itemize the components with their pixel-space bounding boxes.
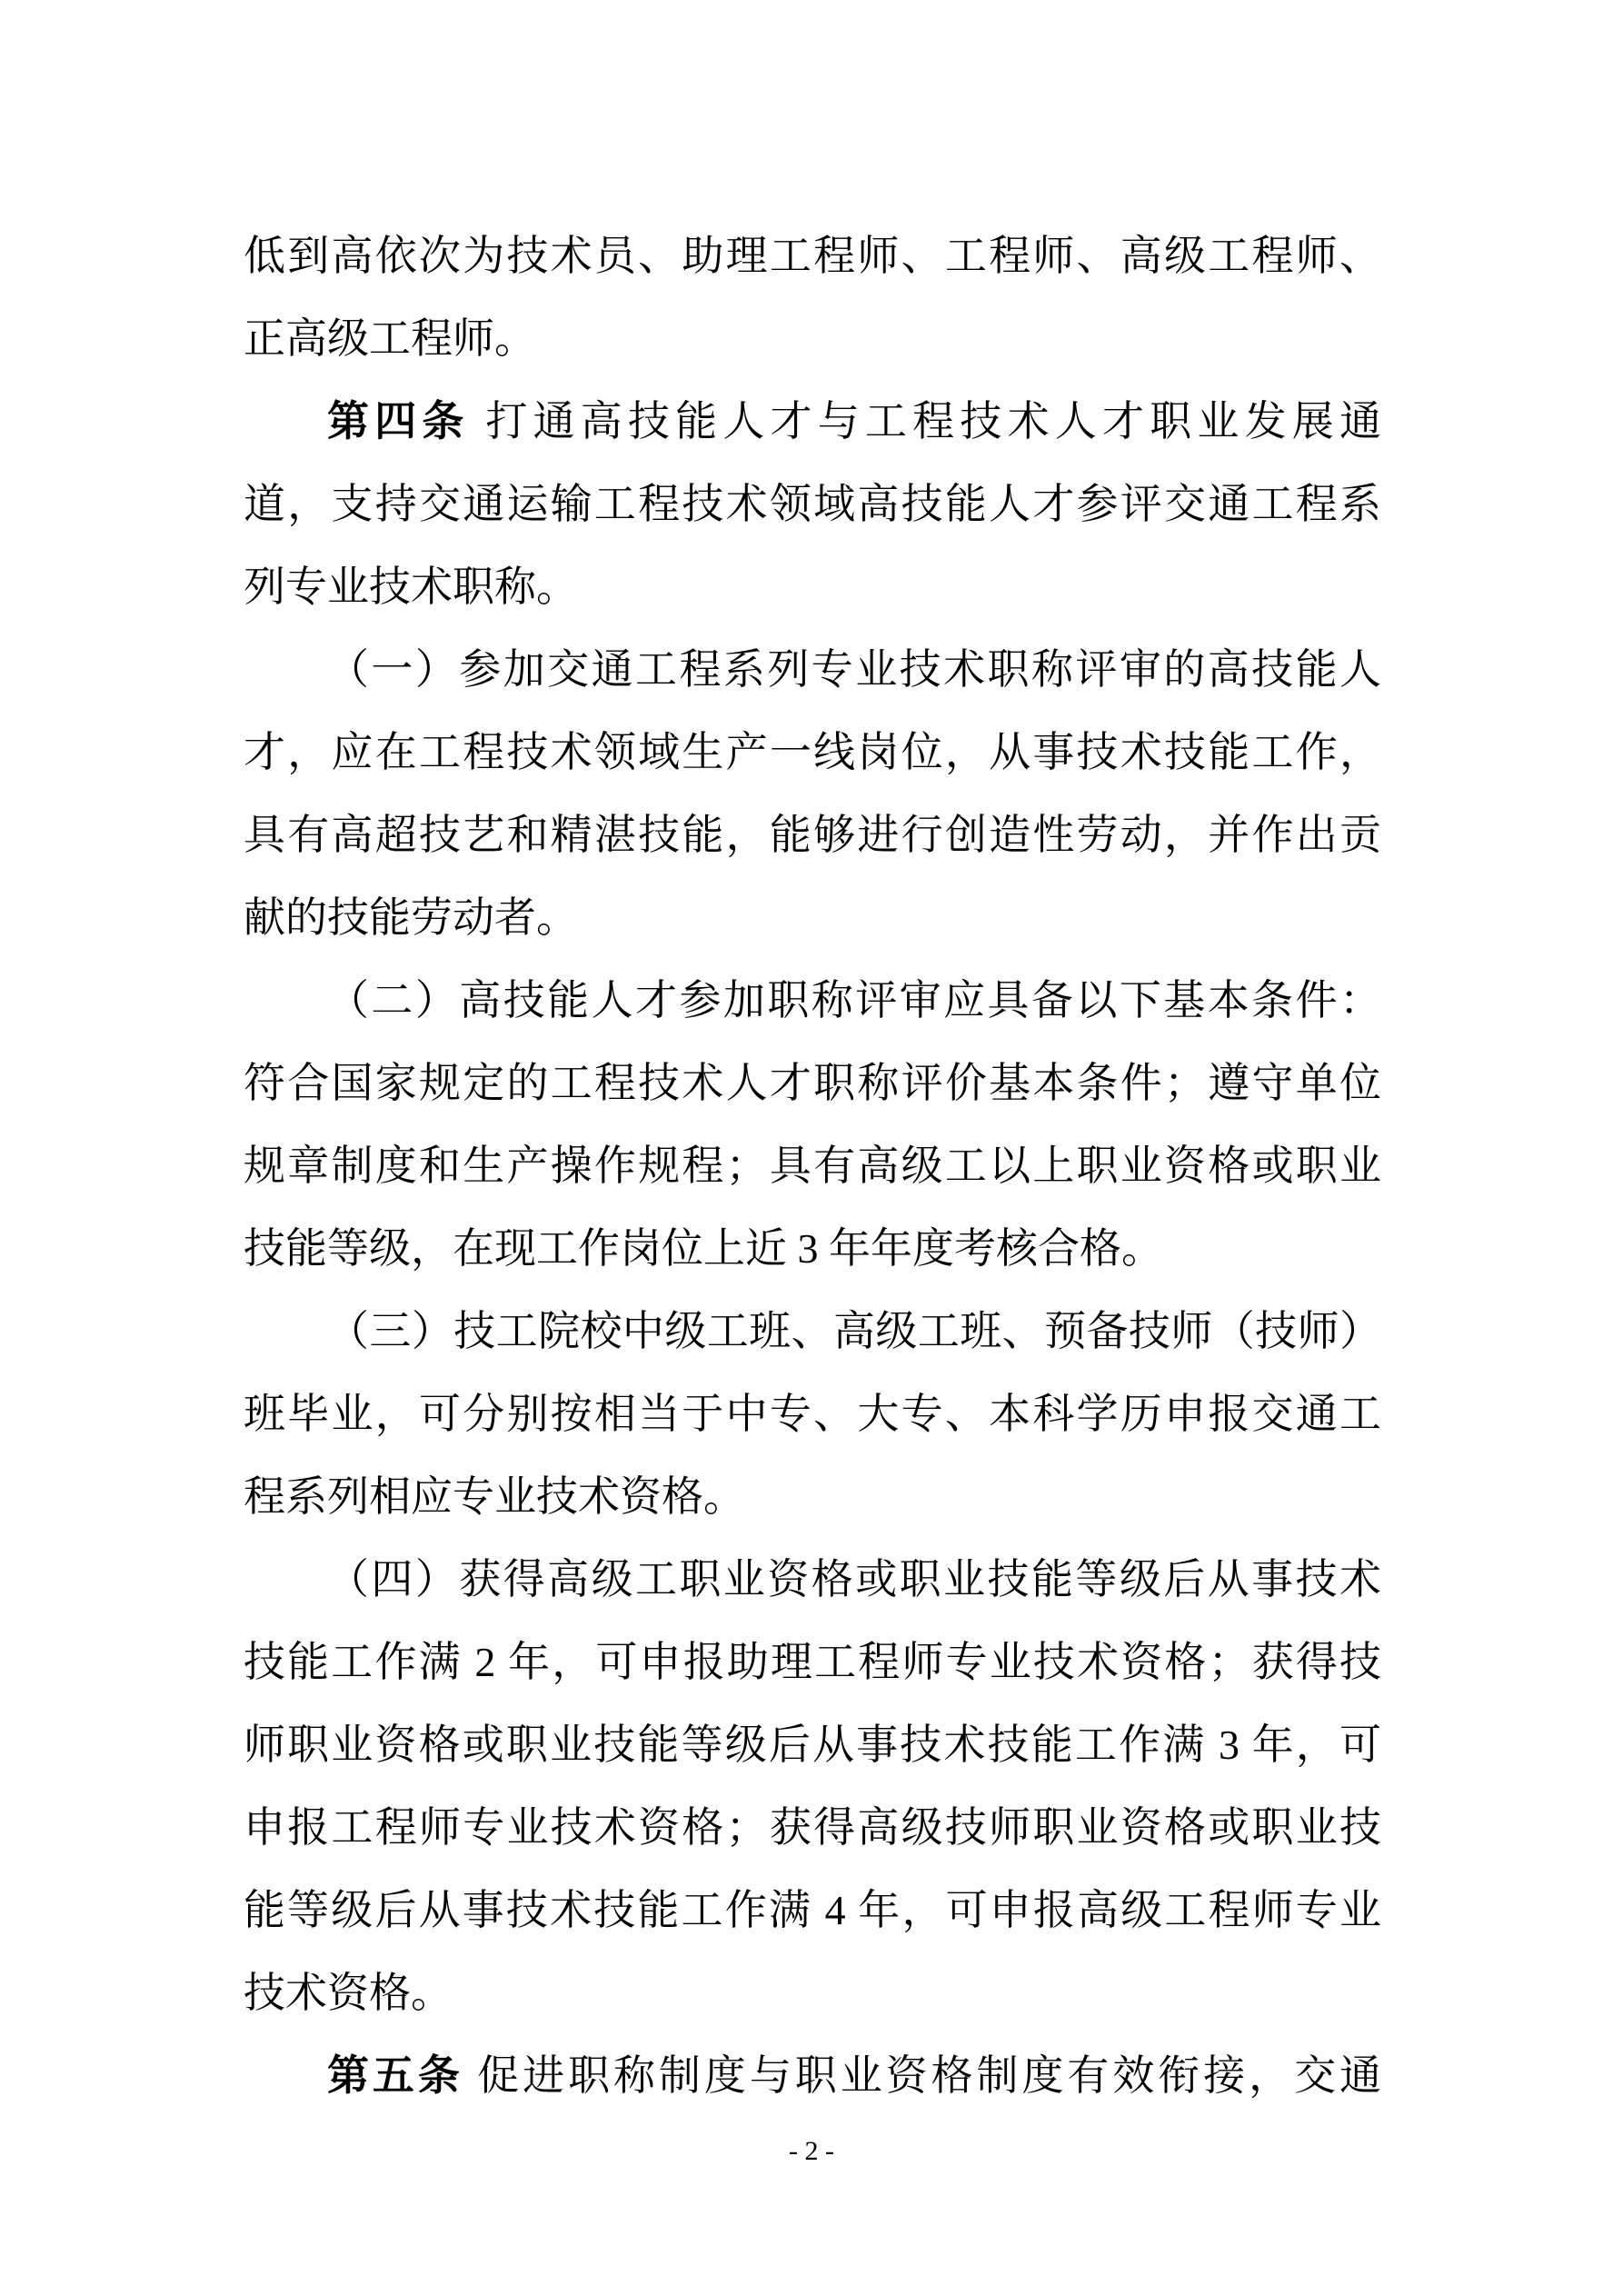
- text-line: （一）参加交通工程系列专业技术职称评审的高技能人: [244, 628, 1381, 711]
- text-line: （四）获得高级工职业资格或职业技能等级后从事技术: [244, 1538, 1381, 1621]
- text-line: 献的技能劳动者。: [244, 876, 1381, 959]
- text-line: 技术资格。: [244, 1952, 1381, 2034]
- text-line: （二）高技能人才参加职称评审应具备以下基本条件：: [244, 959, 1381, 1042]
- document-body: 低到高依次为技术员、助理工程师、工程师、高级工程师、正高级工程师。第四条 打通高…: [244, 215, 1381, 2117]
- text-line: 正高级工程师。: [244, 297, 1381, 380]
- text-segment: 师职业资格或职业技能等级后从事技术技能工作满 3 年，可: [244, 1722, 1381, 1768]
- text-segment: 具有高超技艺和精湛技能，能够进行创造性劳动，并作出贡: [244, 812, 1381, 858]
- text-line: 程系列相应专业技术资格。: [244, 1455, 1381, 1538]
- text-line: 第五条 促进职称制度与职业资格制度有效衔接，交通: [244, 2034, 1381, 2117]
- text-line: 申报工程师专业技术资格；获得高级技师职业资格或职业技: [244, 1786, 1381, 1869]
- text-segment: 低到高依次为技术员、助理工程师、工程师、高级工程师、: [244, 233, 1381, 279]
- text-line: 师职业资格或职业技能等级后从事技术技能工作满 3 年，可: [244, 1703, 1381, 1786]
- text-segment: 列专业技术职称。: [244, 564, 578, 610]
- document-page: 低到高依次为技术员、助理工程师、工程师、高级工程师、正高级工程师。第四条 打通高…: [0, 0, 1623, 2296]
- text-line: 班毕业，可分别按相当于中专、大专、本科学历申报交通工: [244, 1373, 1381, 1455]
- page-number: - 2 -: [0, 2131, 1623, 2172]
- text-segment: （三）技工院校中级工班、高级工班、预备技师（技师）: [327, 1308, 1381, 1354]
- text-line: 技能工作满 2 年，可申报助理工程师专业技术资格；获得技: [244, 1621, 1381, 1703]
- article-number: 第四条: [327, 398, 470, 444]
- text-segment: 正高级工程师。: [244, 315, 536, 362]
- text-line: 道，支持交通运输工程技术领域高技能人才参评交通工程系: [244, 463, 1381, 545]
- text-segment: （一）参加交通工程系列专业技术职称评审的高技能人: [327, 646, 1381, 693]
- text-line: 符合国家规定的工程技术人才职称评价基本条件；遵守单位: [244, 1042, 1381, 1124]
- text-segment: 申报工程师专业技术资格；获得高级技师职业资格或职业技: [244, 1804, 1381, 1851]
- text-line: 规章制度和生产操作规程；具有高级工以上职业资格或职业: [244, 1124, 1381, 1207]
- text-segment: 班毕业，可分别按相当于中专、大专、本科学历申报交通工: [244, 1391, 1381, 1437]
- text-segment: 能等级后从事技术技能工作满 4 年，可申报高级工程师专业: [244, 1887, 1381, 1933]
- text-segment: 规章制度和生产操作规程；具有高级工以上职业资格或职业: [244, 1143, 1381, 1189]
- text-segment: 技术资格。: [244, 1970, 453, 2016]
- text-segment: （四）获得高级工职业资格或职业技能等级后从事技术: [327, 1556, 1381, 1602]
- text-segment: 献的技能劳动者。: [244, 894, 578, 941]
- article-number: 第五条: [327, 2052, 463, 2099]
- text-line: 才，应在工程技术领域生产一线岗位，从事技术技能工作，: [244, 711, 1381, 794]
- text-line: 技能等级，在现工作岗位上近 3 年年度考核合格。: [244, 1207, 1381, 1290]
- text-line: 列专业技术职称。: [244, 545, 1381, 628]
- text-line: 具有高超技艺和精湛技能，能够进行创造性劳动，并作出贡: [244, 794, 1381, 876]
- text-line: （三）技工院校中级工班、高级工班、预备技师（技师）: [244, 1290, 1381, 1373]
- text-line: 能等级后从事技术技能工作满 4 年，可申报高级工程师专业: [244, 1869, 1381, 1952]
- text-segment: 道，支持交通运输工程技术领域高技能人才参评交通工程系: [244, 481, 1381, 527]
- text-segment: 打通高技能人才与工程技术人才职业发展通: [470, 398, 1381, 444]
- text-segment: 程系列相应专业技术资格。: [244, 1473, 745, 1520]
- text-line: 第四条 打通高技能人才与工程技术人才职业发展通: [244, 380, 1381, 463]
- text-segment: 技能等级，在现工作岗位上近 3 年年度考核合格。: [244, 1225, 1163, 1272]
- text-segment: 符合国家规定的工程技术人才职称评价基本条件；遵守单位: [244, 1060, 1381, 1106]
- text-segment: 技能工作满 2 年，可申报助理工程师专业技术资格；获得技: [244, 1639, 1381, 1685]
- text-segment: 促进职称制度与职业资格制度有效衔接，交通: [463, 2052, 1381, 2099]
- text-segment: 才，应在工程技术领域生产一线岗位，从事技术技能工作，: [244, 729, 1381, 775]
- text-line: 低到高依次为技术员、助理工程师、工程师、高级工程师、: [244, 215, 1381, 297]
- text-segment: （二）高技能人才参加职称评审应具备以下基本条件：: [327, 977, 1381, 1023]
